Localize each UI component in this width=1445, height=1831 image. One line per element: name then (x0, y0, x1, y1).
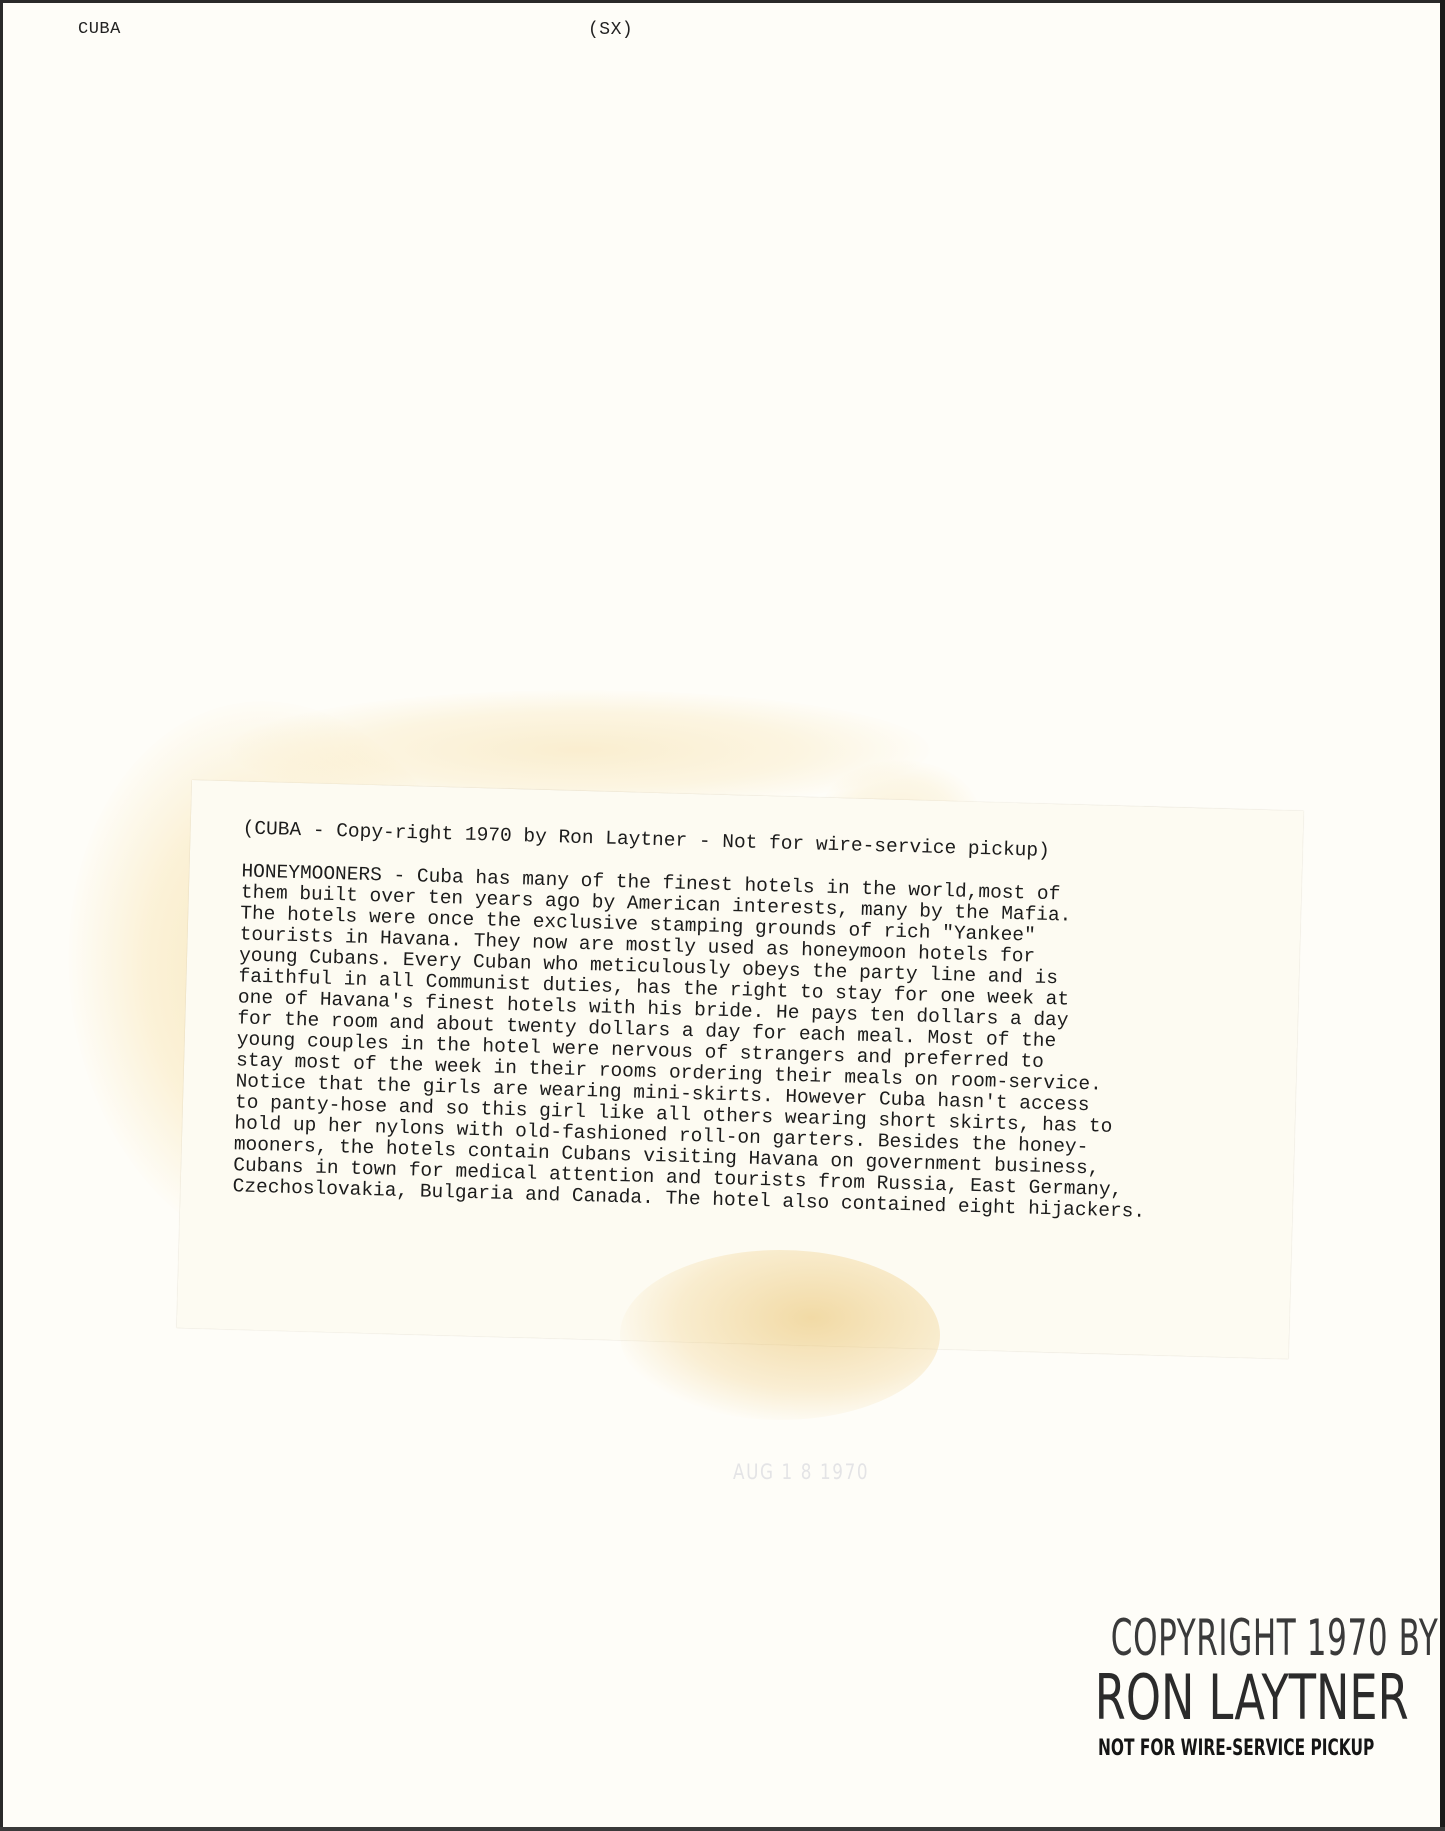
scan-border-right (1440, 0, 1445, 1831)
stamp-copyright-line: COPYRIGHT 1970 BY (1111, 1610, 1309, 1666)
stamp-author-line: RON LAYTNER (1095, 1666, 1325, 1730)
received-date-stamp: AUG 1 8 1970 (733, 1460, 869, 1484)
header-country-label: CUBA (78, 20, 121, 39)
clipping-body: HONEYMOONERS - Cuba has many of the fine… (232, 861, 1154, 1222)
scan-border-top (0, 0, 1445, 3)
glue-stain (620, 1250, 940, 1420)
copyright-stamp: COPYRIGHT 1970 BY RON LAYTNER NOT FOR WI… (1050, 1610, 1370, 1764)
scan-border-bottom (0, 1827, 1445, 1831)
scan-border-left (0, 0, 3, 1831)
clipping-title: (CUBA - Copy-right 1970 by Ron Laytner -… (242, 817, 1155, 864)
stamp-notice-line: NOT FOR WIRE-SERVICE PICKUP (1098, 1734, 1322, 1764)
header-code-label: (SX) (588, 20, 633, 40)
